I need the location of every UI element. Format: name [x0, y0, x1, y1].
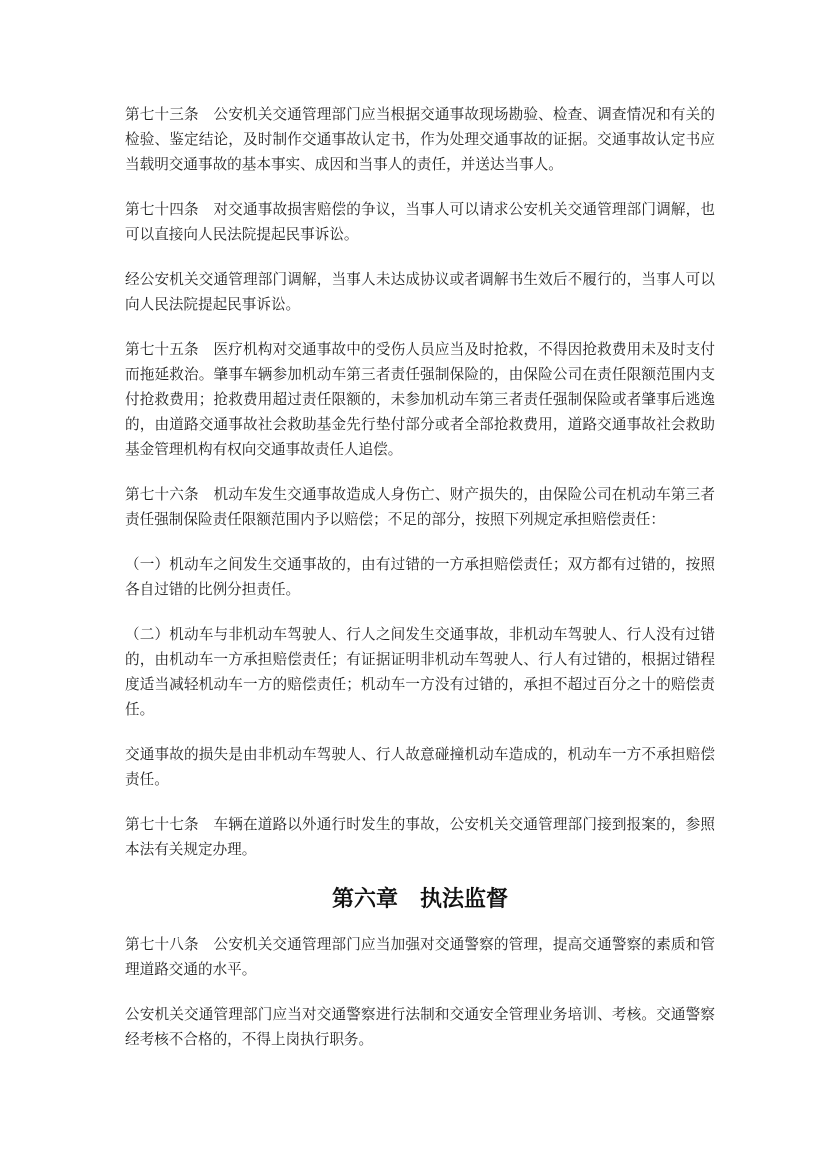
- section-chapter6-law-enforcement-supervision: 第六章 执法监督 第七十八条 公安机关交通管理部门应当加强对交通警察的管理，提高…: [125, 883, 715, 1053]
- paragraph-article-76-item-1: （一）机动车之间发生交通事故的，由有过错的一方承担赔偿责任；双方都有过错的，按照…: [125, 553, 715, 603]
- chapter-heading: 第六章 执法监督: [125, 883, 715, 915]
- paragraph-article-74-clause-2: 经公安机关交通管理部门调解，当事人未达成协议或者调解书生效后不履行的，当事人可以…: [125, 268, 715, 318]
- paragraph-article-78-clause-1: 第七十八条 公安机关交通管理部门应当加强对交通警察的管理，提高交通警察的素质和管…: [125, 933, 715, 983]
- paragraph-article-76-item-3: 交通事故的损失是由非机动车驾驶人、行人故意碰撞机动车造成的，机动车一方不承担赔偿…: [125, 743, 715, 793]
- document-body: 第七十三条 公安机关交通管理部门应当根据交通事故现场勘验、检查、调查情况和有关的…: [125, 103, 715, 1073]
- paragraph-article-76-item-2: （二）机动车与非机动车驾驶人、行人之间发生交通事故，非机动车驾驶人、行人没有过错…: [125, 623, 715, 723]
- paragraph-article-77: 第七十七条 车辆在道路以外通行时发生的事故，公安机关交通管理部门接到报案的，参照…: [125, 813, 715, 863]
- paragraph-article-73: 第七十三条 公安机关交通管理部门应当根据交通事故现场勘验、检查、调查情况和有关的…: [125, 103, 715, 178]
- section-chapter5-accident-handling: 第七十三条 公安机关交通管理部门应当根据交通事故现场勘验、检查、调查情况和有关的…: [125, 103, 715, 863]
- paragraph-article-78-clause-2: 公安机关交通管理部门应当对交通警察进行法制和交通安全管理业务培训、考核。交通警察…: [125, 1003, 715, 1053]
- paragraph-article-74-clause-1: 第七十四条 对交通事故损害赔偿的争议，当事人可以请求公安机关交通管理部门调解，也…: [125, 198, 715, 248]
- document-page: { "page": { "background_color": "#ffffff…: [0, 0, 827, 1170]
- paragraph-article-75: 第七十五条 医疗机构对交通事故中的受伤人员应当及时抢救，不得因抢救费用未及时支付…: [125, 338, 715, 463]
- paragraph-article-76-intro: 第七十六条 机动车发生交通事故造成人身伤亡、财产损失的，由保险公司在机动车第三者…: [125, 483, 715, 533]
